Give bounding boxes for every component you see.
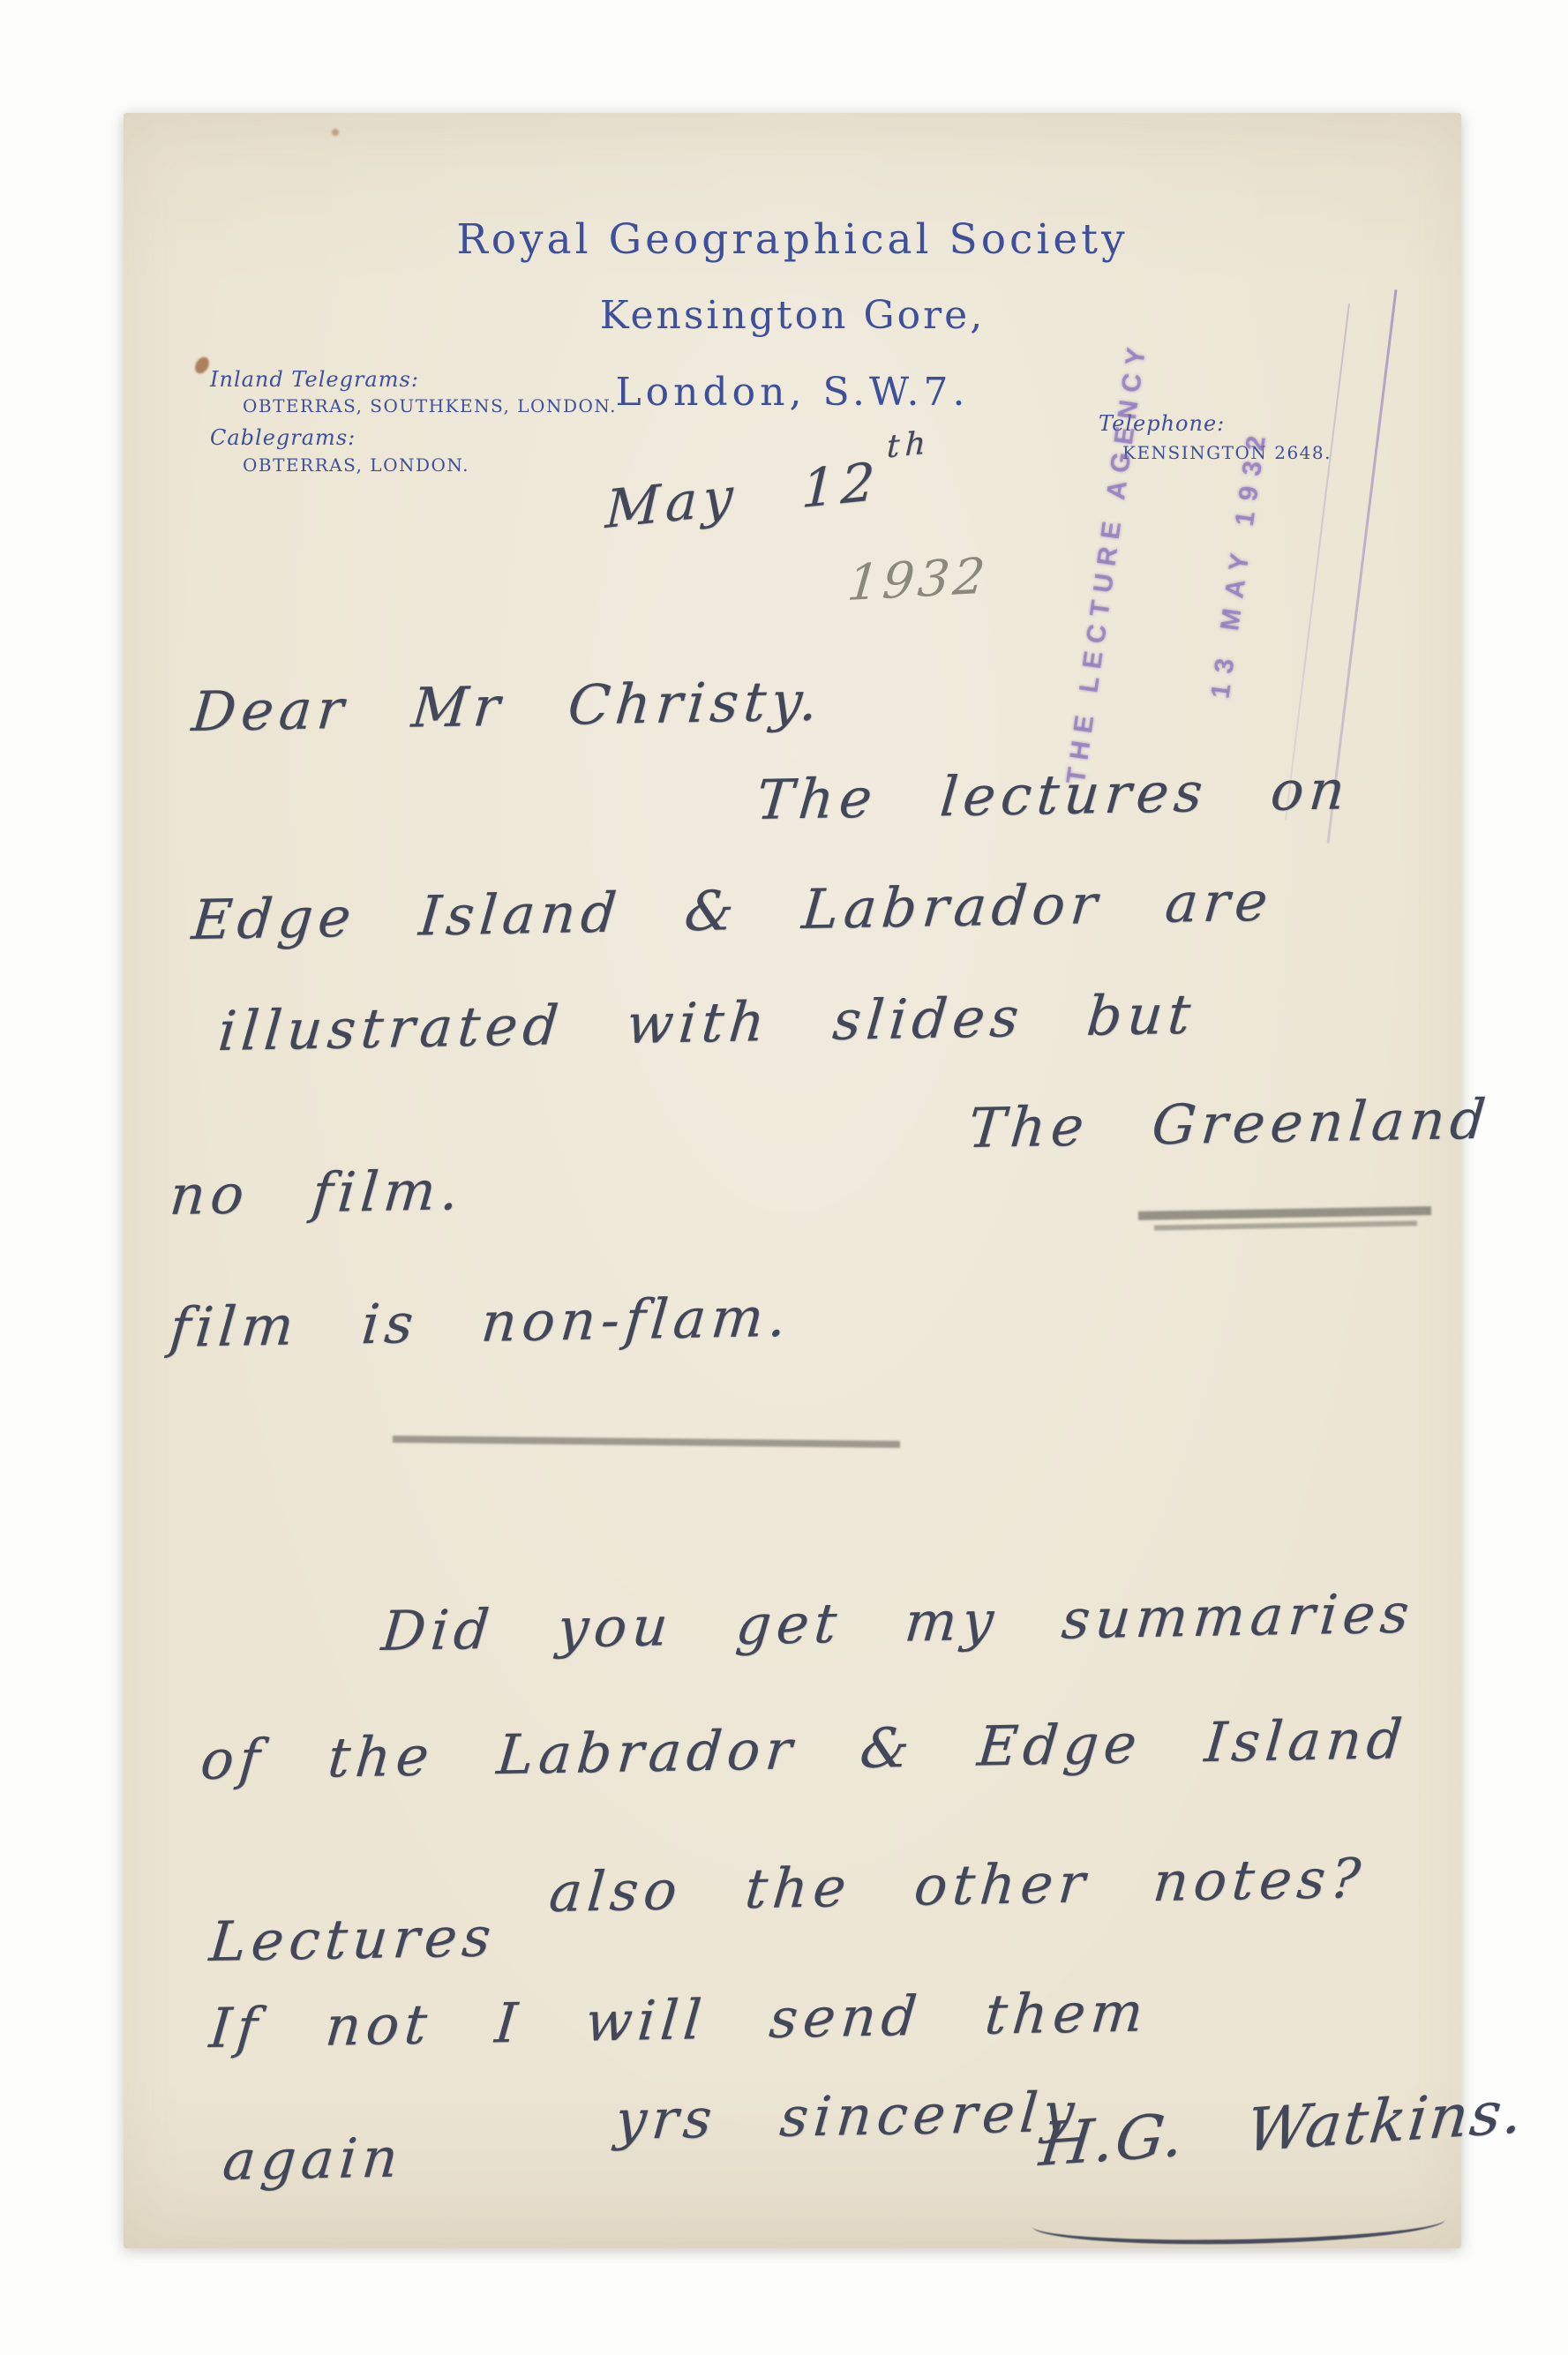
body-line-3: illustrated with slides but — [216, 987, 1197, 1059]
body-line-2: Edge Island & Labrador are — [190, 874, 1275, 948]
scan-background: Royal Geographical Society Kensington Go… — [0, 0, 1568, 2355]
signature-underline-flourish — [1032, 2208, 1446, 2247]
pencil-underline-greenland-second — [1154, 1220, 1417, 1230]
cablegrams-label: Cablegrams: — [210, 425, 356, 450]
body-line-other-notes: also the other notes? — [547, 1851, 1368, 1920]
body-line-9: If not I will send them — [207, 1984, 1151, 2056]
handwritten-date-day: May 12 — [604, 451, 882, 541]
body-line-lectures: Lectures — [207, 1909, 499, 1969]
salutation-line: Dear Mr Christy. — [190, 674, 825, 739]
body-line-6: Did you get my summaries — [379, 1586, 1416, 1659]
telephone-value: KENSINGTON 2648. — [1122, 442, 1332, 463]
body-line-no-film: no film. — [168, 1163, 466, 1223]
body-line-greenland: The Greenland — [966, 1092, 1493, 1156]
handwritten-date-suffix: th — [886, 424, 932, 465]
signature: H.G. Watkins. — [1037, 2082, 1527, 2176]
body-line-1: The lectures on — [754, 762, 1352, 828]
cablegrams-value: OBTERRAS, LONDON. — [243, 454, 469, 476]
pencil-year-annotation: 1932 — [845, 552, 990, 609]
inland-telegrams-value: OBTERRAS, SOUTHKENS, LONDON. — [243, 395, 617, 416]
inland-telegrams-label: Inland Telegrams: — [210, 367, 419, 392]
body-line-7: of the Labrador & Edge Island — [199, 1712, 1409, 1788]
paper-stain-small — [332, 129, 339, 136]
body-line-again: again — [221, 2130, 405, 2188]
body-line-non-flam: film is non-flam. — [168, 1290, 793, 1355]
letterhead-society-name: Royal Geographical Society — [124, 215, 1461, 264]
letter-paper: Royal Geographical Society Kensington Go… — [124, 113, 1461, 2248]
valediction-line: yrs sincerely — [613, 2085, 1082, 2148]
pencil-underline-greenland — [1138, 1206, 1431, 1220]
pencil-underline-non-flam — [393, 1436, 900, 1448]
handwritten-date: May 12th — [604, 451, 926, 536]
received-stamp-agency-line: THE LECTURE AGENCY — [1054, 281, 1162, 844]
